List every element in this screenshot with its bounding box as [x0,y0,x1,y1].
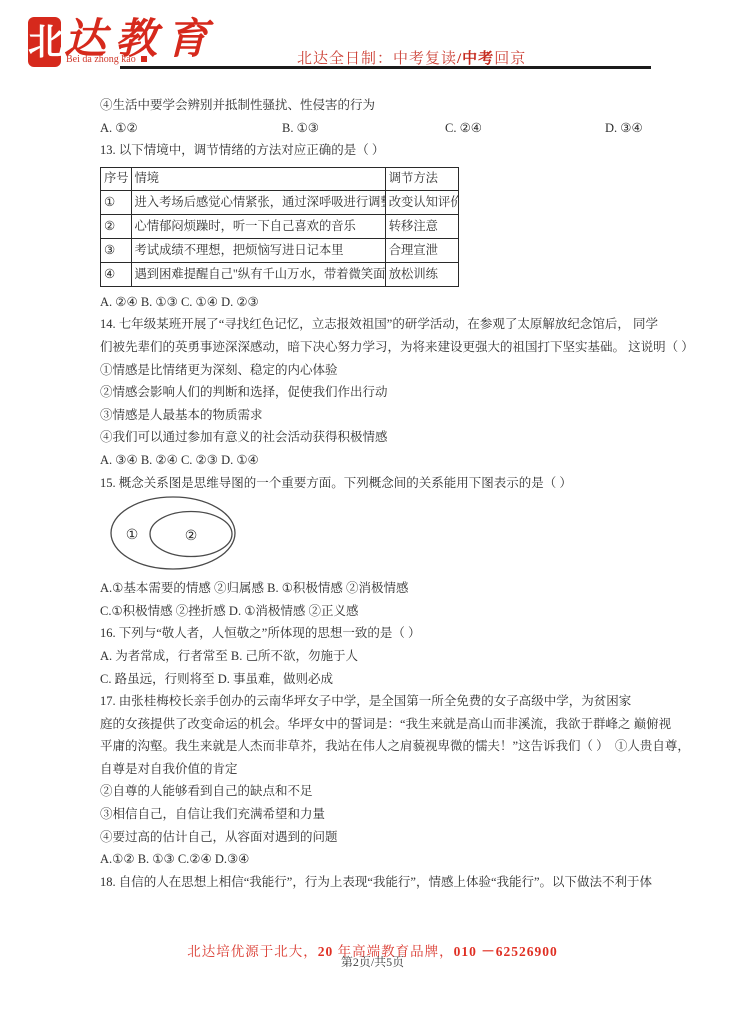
q12-option-c: C. ②④ [445,117,605,140]
q16-stem: 16. 下列与“敬人者，人恒敬之”所体现的思想一致的是（ ） [100,622,666,645]
brand-square-icon [141,56,147,62]
q17-statement-1-cont: 自尊是对自我价值的肯定 [100,758,666,781]
q18-stem-line1: 18. 自信的人在思想上相信“我能行”，行为上表现“我能行”，情感上体验“我能行… [100,871,666,894]
row4-number: ④ [101,262,132,286]
brand-subtext-label: Bei da zhong kao [66,54,136,65]
q17-statement-2: ②自尊的人能够看到自己的缺点和不足 [100,780,666,803]
q14-statement-3: ③情感是人最基本的物质需求 [100,404,666,427]
q16-options-cd: C. 路虽远，行则将至 D. 事虽难，做则必成 [100,668,666,691]
brand-seal-icon: 北 [28,17,61,67]
q17-stem-line2: 庭的女孩提供了改变命运的机会。华坪女中的誓词是：“我生来就是高山而非溪流，我欲于… [100,713,666,736]
table-row: ④ 遇到困难提醒自己"纵有千山万水，带着微笑面对" 放松训练 [101,262,459,286]
inner-ellipse-label: ② [185,529,198,544]
row1-situation: 进入考场后感觉心情紧张，通过深呼吸进行调整 [131,190,385,214]
header-tagline: 北达全日制：中考复读/中考回京 [297,47,526,68]
row3-situation: 考试成绩不理想，把烦恼写进日记本里 [131,238,385,262]
col-header-situation: 情境 [131,167,385,190]
q14-stem-line1: 14. 七年级某班开展了“寻找红色记忆，立志报效祖国”的研学活动，在参观了太原解… [100,313,666,336]
table-row: ② 心情郁闷烦躁时，听一下自己喜欢的音乐 转移注意 [101,214,459,238]
brand-logo-text: 达教育 [64,6,217,56]
table-row: ③ 考试成绩不理想，把烦恼写进日记本里 合理宣泄 [101,238,459,262]
exam-page: 北 达教育 Bei da zhong kao 北达全日制：中考复读/中考回京 ④… [0,0,745,1024]
row1-number: ① [101,190,132,214]
q15-options-ab: A.①基本需要的情感 ②归属感 B. ①积极情感 ②消极情感 [100,577,666,600]
row4-method: 放松训练 [385,262,458,286]
row2-number: ② [101,214,132,238]
row2-method: 转移注意 [385,214,458,238]
q14-statement-4: ④我们可以通过参加有意义的社会活动获得积极情感 [100,426,666,449]
q13-emotion-regulation-table: 序号 情境 调节方法 ① 进入考场后感觉心情紧张，通过深呼吸进行调整 改变认知评… [100,167,459,287]
q14-options: A. ③④ B. ②④ C. ②③ D. ①④ [100,449,666,472]
q12-option-a: A. ①② [100,117,282,140]
row1-method: 改变认知评价 [385,190,458,214]
outer-ellipse-label: ① [126,528,139,543]
q12-statement-4: ④生活中要学会辨别并抵制性骚扰、性侵害的行为 [100,94,666,117]
table-row: ① 进入考场后感觉心情紧张，通过深呼吸进行调整 改变认知评价 [101,190,459,214]
q14-stem-line2: 们被先辈们的英勇事迹深深感动，暗下决心努力学习，为将来建设更强大的祖国打下坚实基… [100,336,666,359]
q17-stem-line1: 17. 由张桂梅校长亲手创办的云南华坪女子中学，是全国第一所全免费的女子高级中学… [100,690,666,713]
q15-venn-diagram: ① ② [105,496,275,574]
q13-options: A. ②④ B. ①③ C. ①④ D. ②③ [100,291,666,314]
row4-situation: 遇到困难提醒自己"纵有千山万水，带着微笑面对" [131,262,385,286]
q12-option-d: D. ③④ [605,117,643,140]
row3-number: ③ [101,238,132,262]
q17-options: A.①② B. ①③ C.②④ D.③④ [100,848,666,871]
row3-method: 合理宣泄 [385,238,458,262]
q15-stem: 15. 概念关系图是思维导图的一个重要方面。下列概念间的关系能用下图表示的是（ … [100,472,666,495]
table-header-row: 序号 情境 调节方法 [101,167,459,190]
tagline-post: 回京 [494,51,526,67]
tagline-bold: /中考 [457,51,494,67]
q12-options: A. ①②B. ①③C. ②④D. ③④ [100,117,666,140]
col-header-number: 序号 [101,167,132,190]
q15-options-cd: C.①积极情感 ②挫折感 D. ①消极情感 ②正义感 [100,600,666,623]
q17-statement-3: ③相信自己，自信让我们充满希望和力量 [100,803,666,826]
exam-body: ④生活中要学会辨别并抵制性骚扰、性侵害的行为 A. ①②B. ①③C. ②④D.… [100,94,666,893]
q17-statement-4: ④要过高的估计自己，从容面对遇到的问题 [100,826,666,849]
brand-subtext: Bei da zhong kao [66,54,147,65]
col-header-method: 调节方法 [385,167,458,190]
q13-stem: 13. 以下情境中，调节情绪的方法对应正确的是（ ） [100,139,666,162]
page-indicator: 第2页/共5页 [0,953,745,970]
q14-statement-1: ①情感是比情绪更为深刻、稳定的内心体验 [100,359,666,382]
q17-stem-line3: 平庸的沟壑。我生来就是人杰而非草芥，我站在伟人之肩藐视卑微的懦夫！”这告诉我们（… [100,735,666,758]
q16-options-ab: A. 为者常成，行者常至 B. 己所不欲，勿施于人 [100,645,666,668]
tagline-pre: 北达全日制：中考复读 [297,51,457,67]
row2-situation: 心情郁闷烦躁时，听一下自己喜欢的音乐 [131,214,385,238]
q14-statement-2: ②情感会影响人们的判断和选择，促使我们作出行动 [100,381,666,404]
q12-option-b: B. ①③ [282,117,445,140]
header-rule [120,66,651,69]
